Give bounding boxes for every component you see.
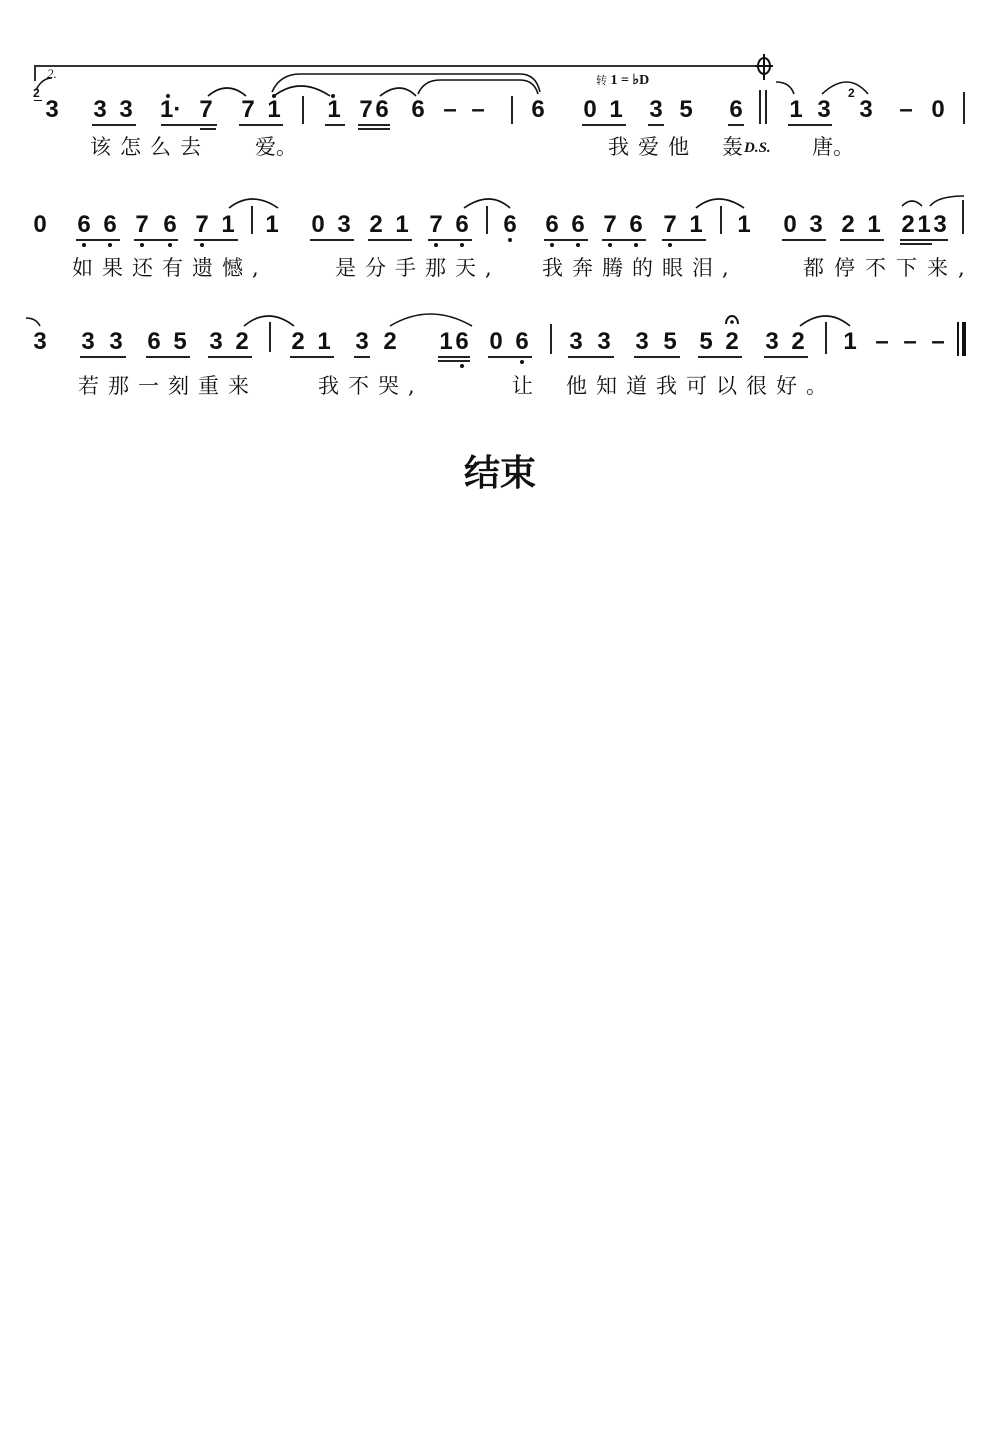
- slurs: [0, 0, 1000, 420]
- end-title: 结束: [0, 445, 1000, 496]
